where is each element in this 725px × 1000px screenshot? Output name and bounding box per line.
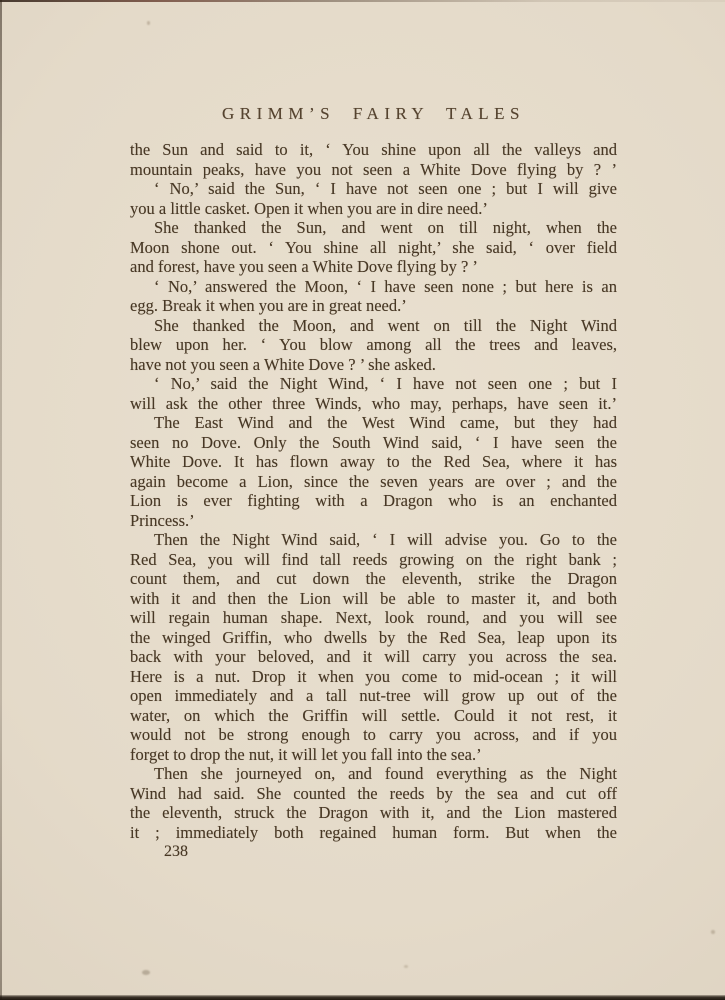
paragraph: Then the Night Wind said, ‘ I will advis… xyxy=(130,530,617,764)
page-edge-top xyxy=(0,0,725,2)
text-line: Here is a nut. Drop it when you come to … xyxy=(130,667,617,687)
text-line: with it and then the Lion will be able t… xyxy=(130,589,617,609)
page-edge-left xyxy=(0,0,2,1000)
paragraph: Then she journeyed on, and found everyth… xyxy=(130,764,617,842)
paragraph: ‘ No,’ said the Night Wind, ‘ I have not… xyxy=(130,374,617,413)
paragraph: the Sun and said to it, ‘ You shine upon… xyxy=(130,140,617,179)
text-line: Then the Night Wind said, ‘ I will advis… xyxy=(130,530,617,550)
paper-speck xyxy=(142,970,150,975)
page-number: 238 xyxy=(164,842,617,862)
text-line: egg. Break it when you are in great need… xyxy=(130,296,617,316)
text-line: forget to drop the nut, it will let you … xyxy=(130,745,617,765)
text-line: you a little casket. Open it when you ar… xyxy=(130,199,617,219)
paper-speck xyxy=(711,930,715,934)
text-line: Then she journeyed on, and found everyth… xyxy=(130,764,617,784)
text-line: Wind had said. She counted the reeds by … xyxy=(130,784,617,804)
text-line: the Sun and said to it, ‘ You shine upon… xyxy=(130,140,617,160)
text-block: the Sun and said to it, ‘ You shine upon… xyxy=(130,140,617,842)
text-line: count them, and cut down the eleventh, s… xyxy=(130,569,617,589)
text-line: She thanked the Moon, and went on till t… xyxy=(130,316,617,336)
text-line: water, on which the Griffin will settle.… xyxy=(130,706,617,726)
text-line: open immediately and a tall nut-tree wil… xyxy=(130,686,617,706)
text-line: White Dove. It has flown away to the Red… xyxy=(130,452,617,472)
text-line: She thanked the Sun, and went on till ni… xyxy=(130,218,617,238)
paragraph: ‘ No,’ said the Sun, ‘ I have not seen o… xyxy=(130,179,617,218)
text-line: blew upon her. ‘ You blow among all the … xyxy=(130,335,617,355)
text-line: Lion is ever fighting with a Dragon who … xyxy=(130,491,617,511)
text-line: back with your beloved, and it will carr… xyxy=(130,647,617,667)
paragraph: She thanked the Sun, and went on till ni… xyxy=(130,218,617,277)
book-page-scan: GRIMM’S FAIRY TALES the Sun and said to … xyxy=(0,0,725,1000)
running-header: GRIMM’S FAIRY TALES xyxy=(130,104,617,124)
text-line: will ask the other three Winds, who may,… xyxy=(130,394,617,414)
text-line: The East Wind and the West Wind came, bu… xyxy=(130,413,617,433)
paper-speck xyxy=(404,965,408,968)
text-line: ‘ No,’ said the Sun, ‘ I have not seen o… xyxy=(130,179,617,199)
text-line: again become a Lion, since the seven yea… xyxy=(130,472,617,492)
text-line: the winged Griffin, who dwells by the Re… xyxy=(130,628,617,648)
text-line: Princess.’ xyxy=(130,511,617,531)
paper-speck xyxy=(147,21,150,25)
page-edge-bottom xyxy=(0,995,725,1000)
paragraph: ‘ No,’ answered the Moon, ‘ I have seen … xyxy=(130,277,617,316)
paragraph: She thanked the Moon, and went on till t… xyxy=(130,316,617,375)
text-line: Moon shone out. ‘ You shine all night,’ … xyxy=(130,238,617,258)
text-line: will regain human shape. Next, look roun… xyxy=(130,608,617,628)
text-line: and forest, have you seen a White Dove f… xyxy=(130,257,617,277)
paragraph: The East Wind and the West Wind came, bu… xyxy=(130,413,617,530)
text-line: the eleventh, struck the Dragon with it,… xyxy=(130,803,617,823)
text-line: ‘ No,’ said the Night Wind, ‘ I have not… xyxy=(130,374,617,394)
text-line: mountain peaks, have you not seen a Whit… xyxy=(130,160,617,180)
text-line: would not be strong enough to carry you … xyxy=(130,725,617,745)
text-line: it ; immediately both regained human for… xyxy=(130,823,617,843)
text-line: have not you seen a White Dove ? ’ she a… xyxy=(130,355,617,375)
page-content: GRIMM’S FAIRY TALES the Sun and said to … xyxy=(130,104,617,862)
text-line: seen no Dove. Only the South Wind said, … xyxy=(130,433,617,453)
text-line: ‘ No,’ answered the Moon, ‘ I have seen … xyxy=(130,277,617,297)
text-line: Red Sea, you will find tall reeds growin… xyxy=(130,550,617,570)
